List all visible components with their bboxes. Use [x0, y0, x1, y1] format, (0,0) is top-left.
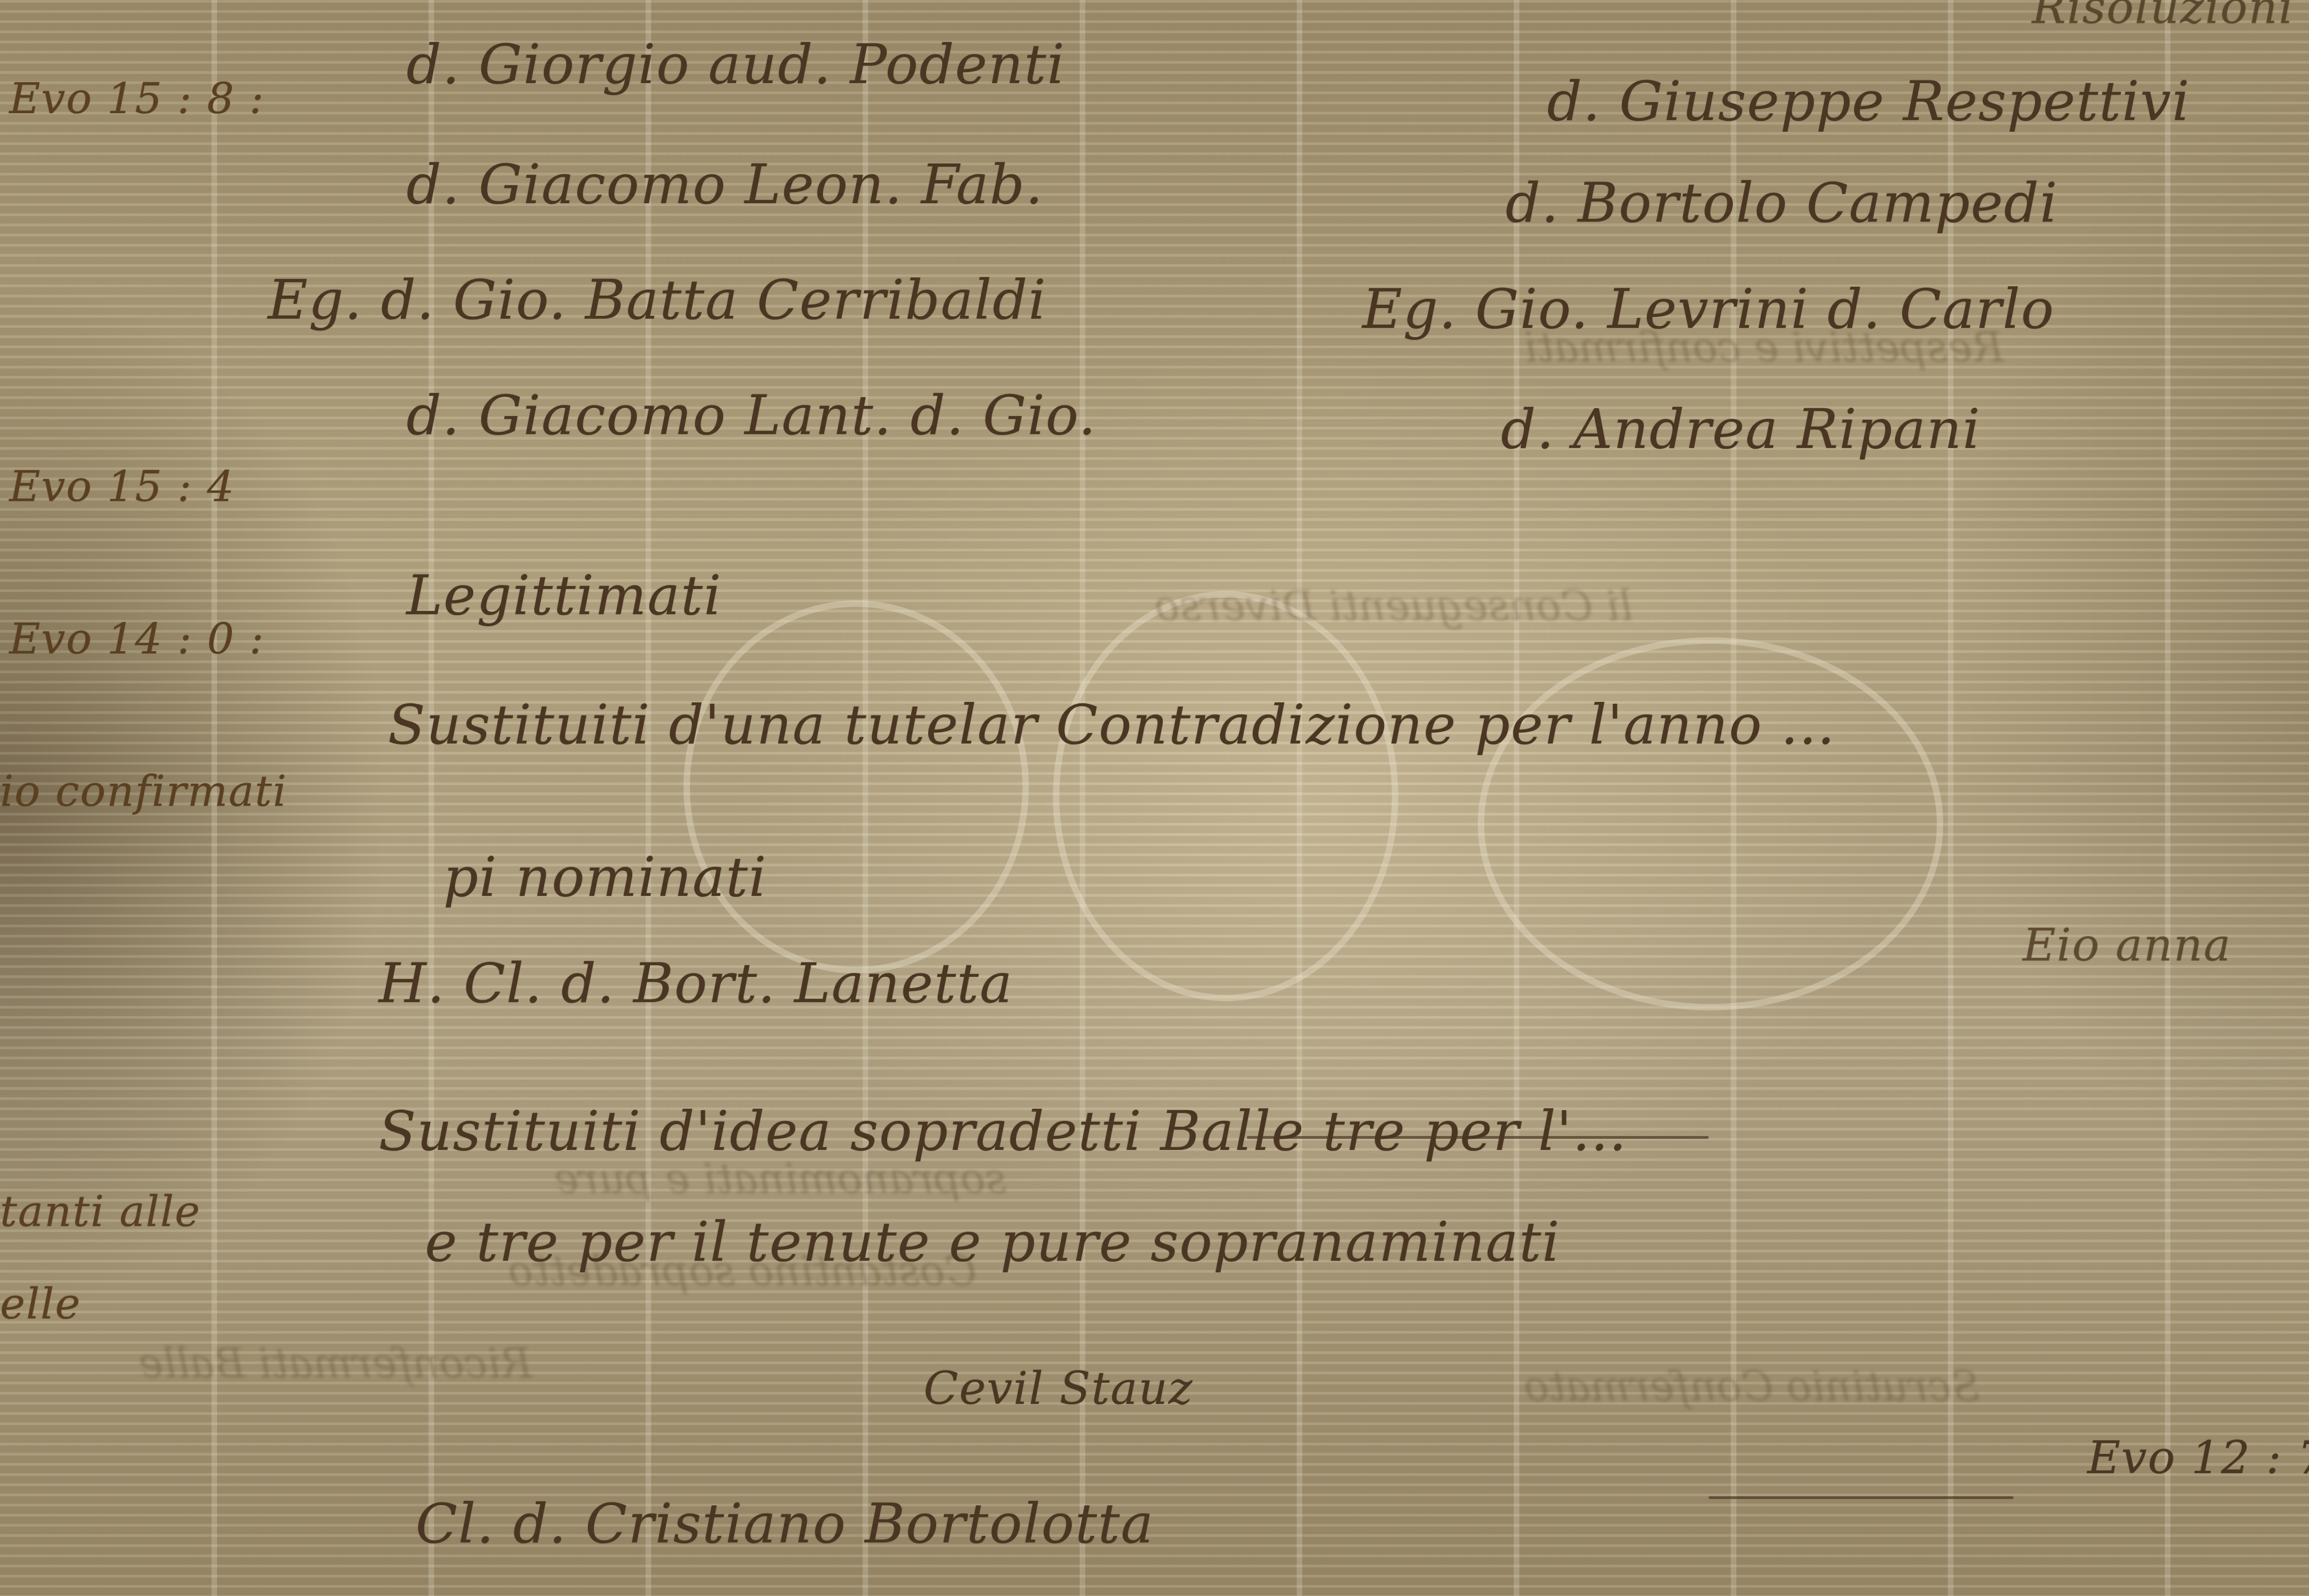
margin-vote-tally: Evo 15 : 8 :	[9, 74, 265, 123]
watermark-circle	[1053, 591, 1398, 1001]
paper-chain-lines	[0, 0, 2309, 1596]
margin-vote-tally: Evo 14 : 0 :	[9, 614, 265, 664]
entry-name: d. Bortolo Campedi	[1505, 171, 2058, 235]
entry-name: Eg. Gio. Levrini d. Carlo	[1362, 277, 2055, 341]
margin-note: tanti alle	[0, 1187, 201, 1236]
margin-note: elle	[0, 1279, 81, 1329]
entry-name: H. Cl. d. Bort. Lanetta	[379, 951, 1013, 1015]
entry-name: d. Giacomo Leon. Fab.	[406, 152, 1044, 216]
section-heading: Legittimati	[406, 563, 722, 627]
margin-note: io confirmati	[0, 767, 287, 816]
vote-tally: Evo 12 : 7 :	[2087, 1432, 2309, 1484]
underline-rule	[1247, 1136, 1709, 1139]
entry-text: Cevil Stauz	[924, 1362, 1193, 1415]
entry-name: Cl. d. Cristiano Bortolotta	[416, 1492, 1154, 1555]
underline-rule	[1709, 1496, 2013, 1499]
bleed-through-text: Scrutinio Confermato	[1524, 1362, 1980, 1411]
column-heading: Risoluzioni	[2032, 0, 2294, 34]
entry-name: Eg. d. Gio. Batta Cerribaldi	[268, 268, 1047, 332]
entry-name: d. Giorgio aud. Podenti	[406, 32, 1065, 96]
manuscript-page: Respettivi e confirmati li Conseguenti D…	[0, 0, 2309, 1596]
paper-laid-lines	[0, 0, 2309, 1596]
entry-text: e tre per il tenute e pure sopranaminati	[425, 1210, 1560, 1274]
entry-text: Sustituiti d'una tutelar Contradizione p…	[388, 693, 1836, 756]
entry-text: pi nominati	[443, 845, 767, 909]
entry-name: d. Andrea Ripani	[1501, 397, 1981, 461]
vote-tally: Eio anna	[2023, 919, 2231, 972]
entry-name: d. Giuseppe Respettivi	[1547, 69, 2190, 133]
bleed-through-text: Riconfermati Balle	[139, 1339, 532, 1388]
watermark-circle	[683, 600, 1029, 973]
entry-name: d. Giacomo Lant. d. Gio.	[406, 383, 1097, 447]
bleed-through-text: li Conseguenti Diverso	[1154, 582, 1632, 630]
margin-vote-tally: Evo 15 : 4	[9, 462, 235, 511]
entry-text: Sustituiti d'idea sopradetti Balle tre p…	[379, 1099, 1627, 1163]
